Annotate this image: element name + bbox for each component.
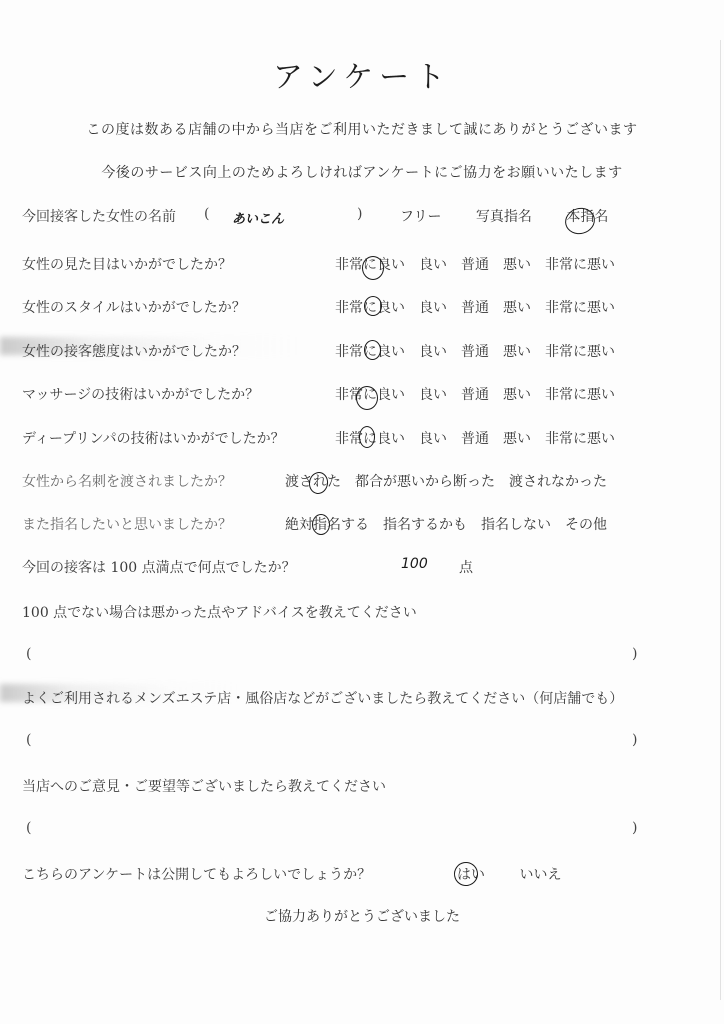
option-bad[interactable]: 悪い — [503, 428, 531, 448]
option-very-good[interactable]: 非常に良い — [335, 297, 405, 317]
style-question-label: 女性のスタイルはいかがでしたか？ — [22, 297, 246, 317]
opinions-requests-question-label: 当店へのご意見・ご要望等ございましたら教えてください — [22, 776, 386, 796]
intro-line-2: 今後のサービス向上のためよろしければアンケートにご協力をお願いいたします — [0, 162, 724, 182]
option-very-bad[interactable]: 非常に悪い — [545, 297, 615, 317]
open-paren: ( — [26, 820, 31, 836]
close-paren: ) — [632, 732, 637, 748]
option-bad[interactable]: 悪い — [503, 341, 531, 361]
option-very-bad[interactable]: 非常に悪い — [545, 341, 615, 361]
option-received[interactable]: 渡された — [285, 471, 341, 491]
option-very-bad[interactable]: 非常に悪い — [545, 384, 615, 404]
score-answer-field[interactable]: 100 — [401, 556, 428, 572]
option-not-received[interactable]: 渡されなかった — [509, 471, 607, 491]
improvement-advice-answer-field[interactable] — [40, 646, 620, 664]
repeat-nomination-question-label: また指名したいと思いましたか？ — [22, 514, 232, 534]
rating-options: 非常に良い良い普通悪い非常に悪い — [335, 254, 615, 274]
publish-permission-question-label: こちらのアンケートは公開してもよろしいでしょうか？ — [22, 864, 371, 884]
deep-lymph-technique-question-label: ディープリンパの技術はいかがでしたか？ — [22, 428, 285, 448]
score-question-label: 今回の接客は 100 点満点で何点でしたか？ — [22, 557, 296, 577]
nomination-type-options: フリー 写真指名 本指名 — [400, 206, 608, 226]
opinions-requests-answer-field[interactable] — [40, 820, 620, 838]
repeat-nomination-options: 絶対指名する指名するかも指名しないその他 — [285, 514, 607, 534]
option-no[interactable]: 指名しない — [481, 514, 551, 534]
option-good[interactable]: 良い — [419, 254, 447, 274]
option-declined[interactable]: 都合が悪いから断った — [355, 471, 495, 491]
business-card-options: 渡された都合が悪いから断った渡されなかった — [285, 471, 607, 491]
publish-permission-options: はい いいえ — [457, 864, 561, 884]
business-card-question-label: 女性から名刺を渡されましたか？ — [22, 471, 232, 491]
option-maybe[interactable]: 指名するかも — [383, 514, 467, 534]
option-other[interactable]: その他 — [565, 514, 607, 534]
option-good[interactable]: 良い — [419, 428, 447, 448]
rating-options: 非常に良い良い普通悪い非常に悪い — [335, 341, 615, 361]
close-paren: ) — [357, 206, 362, 222]
rating-options: 非常に良い良い普通悪い非常に悪い — [335, 384, 615, 404]
open-paren: ( — [26, 732, 31, 748]
option-bad[interactable]: 悪い — [503, 254, 531, 274]
option-average[interactable]: 普通 — [461, 428, 489, 448]
option-average[interactable]: 普通 — [461, 254, 489, 274]
option-very-good[interactable]: 非常に良い — [335, 341, 405, 361]
name-answer-field[interactable]: あいこん — [232, 208, 284, 227]
option-yes[interactable]: はい — [457, 864, 485, 884]
improvement-advice-question-label: 100 点でない場合は悪かった点やアドバイスを教えてください — [22, 602, 417, 622]
option-photo-nomination[interactable]: 写真指名 — [476, 206, 532, 226]
open-paren: ( — [204, 206, 209, 222]
option-very-good[interactable]: 非常に良い — [335, 254, 405, 274]
option-bad[interactable]: 悪い — [503, 297, 531, 317]
option-good[interactable]: 良い — [419, 341, 447, 361]
option-bad[interactable]: 悪い — [503, 384, 531, 404]
option-very-good[interactable]: 非常に良い — [335, 428, 405, 448]
option-main-nomination[interactable]: 本指名 — [566, 206, 608, 226]
score-unit: 点 — [459, 557, 473, 577]
rating-options: 非常に良い良い普通悪い非常に悪い — [335, 428, 615, 448]
frequent-shops-question-label: よくご利用されるメンズエステ店・風俗店などがございましたら教えてください（何店舗… — [22, 688, 623, 708]
document-title: アンケート — [0, 52, 724, 96]
close-paren: ) — [632, 820, 637, 836]
scan-edge-line — [720, 40, 721, 1000]
close-paren: ) — [632, 646, 637, 662]
option-average[interactable]: 普通 — [461, 384, 489, 404]
option-definitely[interactable]: 絶対指名する — [285, 514, 369, 534]
option-average[interactable]: 普通 — [461, 341, 489, 361]
frequent-shops-answer-field[interactable] — [40, 732, 620, 750]
option-average[interactable]: 普通 — [461, 297, 489, 317]
appearance-question-label: 女性の見た目はいかがでしたか？ — [22, 254, 232, 274]
option-free[interactable]: フリー — [400, 206, 441, 226]
massage-technique-question-label: マッサージの技術はいかがでしたか？ — [22, 384, 259, 404]
option-good[interactable]: 良い — [419, 384, 447, 404]
rating-options: 非常に良い良い普通悪い非常に悪い — [335, 297, 615, 317]
open-paren: ( — [26, 646, 31, 662]
option-very-good[interactable]: 非常に良い — [335, 384, 405, 404]
intro-line-1: この度は数ある店舗の中から当店をご利用いただきまして誠にありがとうございます — [0, 119, 724, 139]
option-very-bad[interactable]: 非常に悪い — [545, 428, 615, 448]
service-attitude-question-label: 女性の接客態度はいかがでしたか？ — [22, 341, 246, 361]
option-no[interactable]: いいえ — [519, 864, 561, 884]
name-question-label: 今回接客した女性の名前 — [22, 206, 176, 226]
option-very-bad[interactable]: 非常に悪い — [545, 254, 615, 274]
option-good[interactable]: 良い — [419, 297, 447, 317]
survey-page: アンケート この度は数ある店舗の中から当店をご利用いただきまして誠にありがとうご… — [0, 0, 724, 1024]
thank-you-footer: ご協力ありがとうございました — [0, 906, 724, 926]
